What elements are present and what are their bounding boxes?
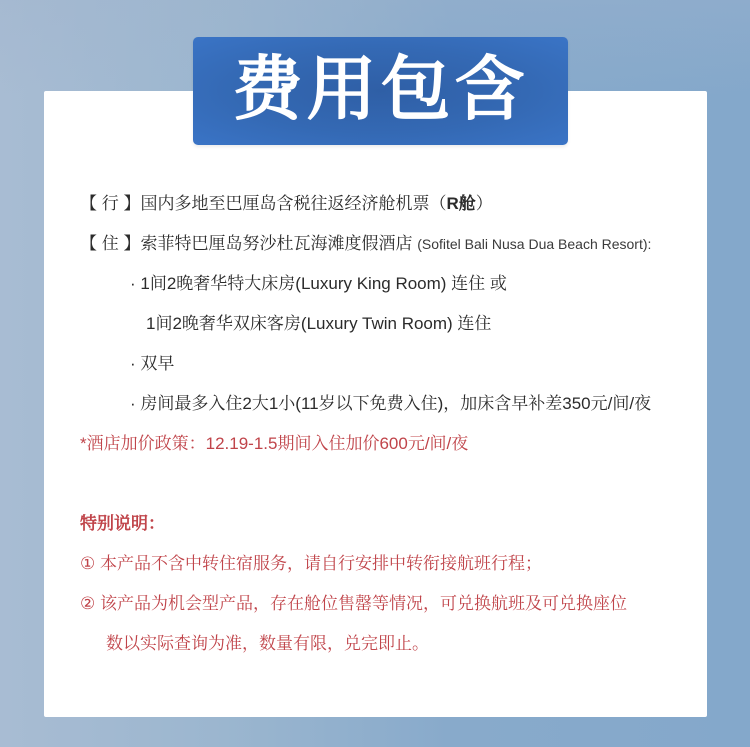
surcharge-note: *酒店加价政策：12.19-1.5期间入住加价600元/间/夜: [80, 434, 468, 454]
room-option-1: · 1间2晚奢华特大床房(Luxury King Room) 连住 或: [130, 274, 507, 294]
note-item-2-continued: 数以实际查询为准，数量有限，兑完即止。: [106, 634, 429, 654]
hotel-tag: 【 住 】: [80, 234, 140, 253]
breakfast-line: · 双早: [130, 354, 174, 374]
flight-line: 【 行 】国内多地至巴厘岛含税往返经济舱机票（R舱）: [80, 194, 493, 214]
flight-tag: 【 行 】: [80, 194, 140, 213]
note-item-2: ② 该产品为机会型产品，存在舱位售罄等情况，可兑换航班及可兑换座位: [80, 594, 627, 614]
hotel-name: 索菲特巴厘岛努沙杜瓦海滩度假酒店: [140, 234, 412, 253]
flight-text: 国内多地至巴厘岛含税往返经济舱机票（: [140, 194, 446, 213]
notes-heading: 特别说明：: [80, 514, 165, 534]
room-option-2: 1间2晚奢华双床客房(Luxury Twin Room) 连住: [146, 314, 491, 334]
hotel-line: 【 住 】索菲特巴厘岛努沙杜瓦海滩度假酒店 (Sofitel Bali Nusa…: [80, 234, 651, 254]
occupancy-line: · 房间最多入住2大1小(11岁以下免费入住)，加床含早补差350元/间/夜: [130, 394, 651, 414]
page-title: 费用包含: [233, 54, 529, 124]
hotel-name-en: (Sofitel Bali Nusa Dua Beach Resort):: [417, 236, 651, 252]
note-item-1: ① 本产品不含中转住宿服务，请自行安排中转衔接航班行程；: [80, 554, 542, 574]
cabin-class: R舱: [446, 194, 475, 213]
flight-close: ）: [476, 194, 493, 213]
title-banner: 费用包含: [193, 37, 568, 145]
